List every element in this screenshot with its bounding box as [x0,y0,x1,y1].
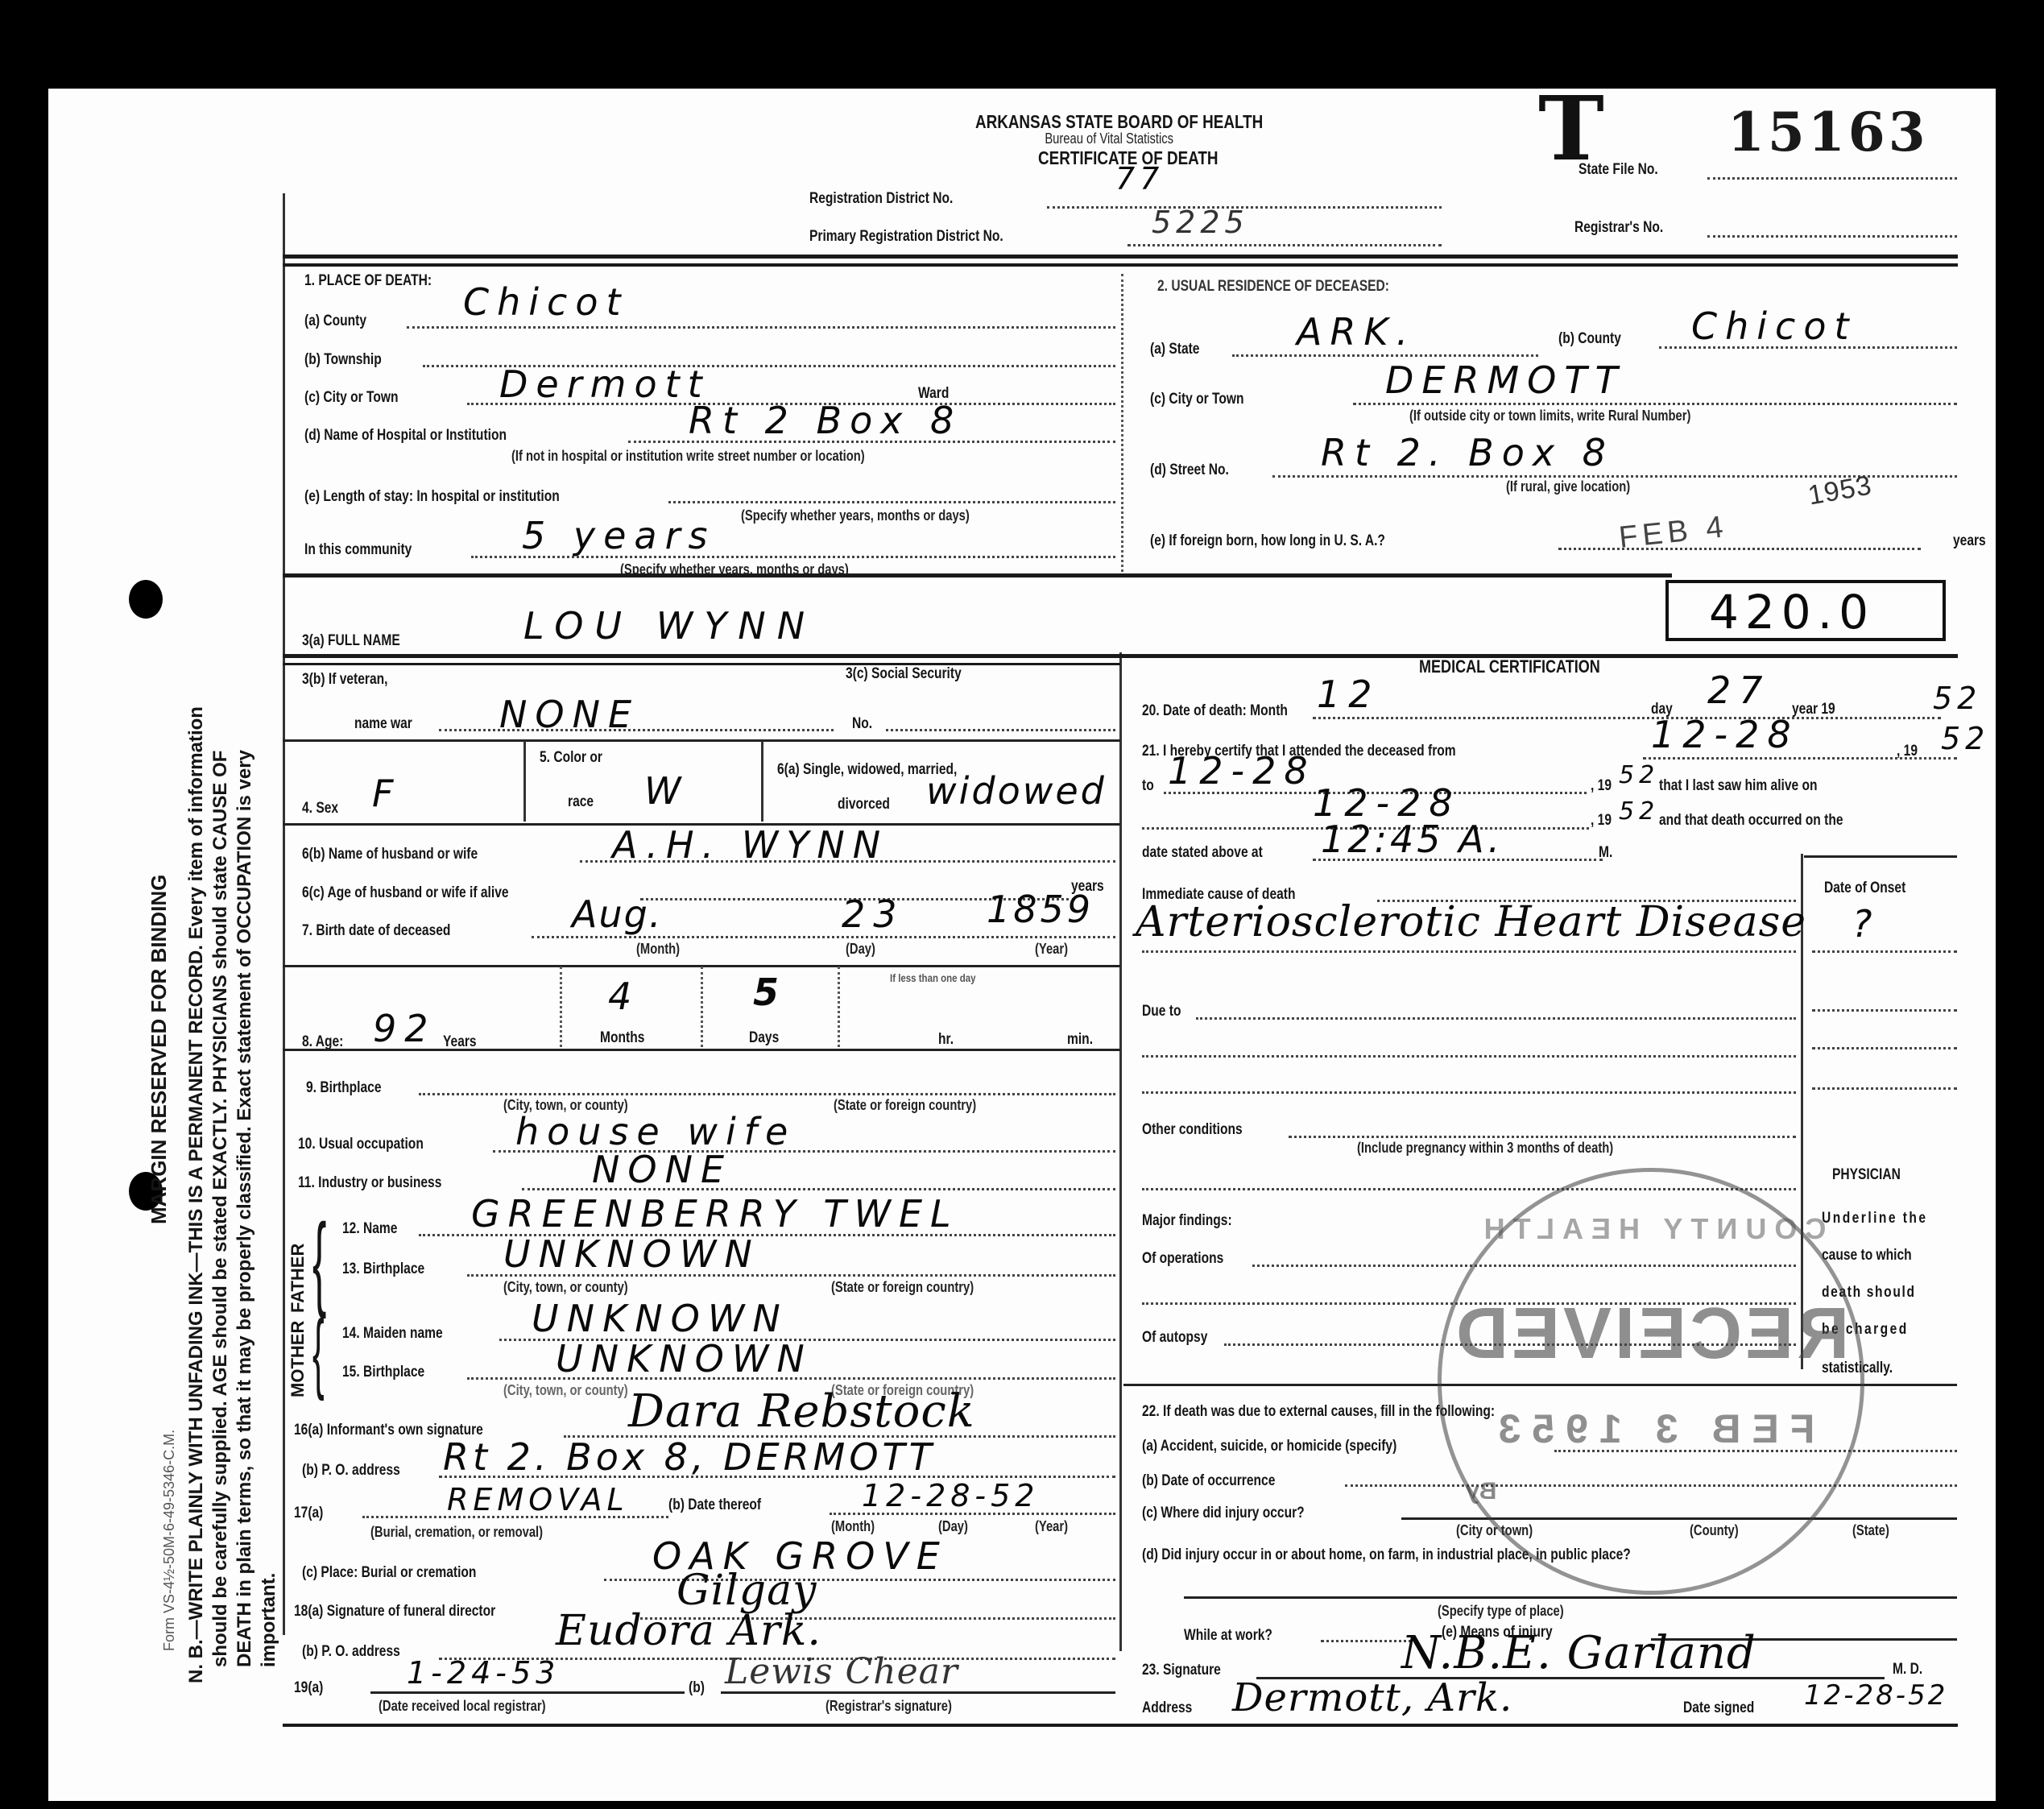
due-to-label: Due to [1142,1003,1181,1020]
due-to-line-3 [1142,1091,1796,1094]
mother-tag: MOTHER [288,1321,308,1397]
father-name-value: GREENBERRY TWEL [471,1192,959,1236]
hr-label: hr. [938,1031,954,1049]
death-occurred-label: and that death occurred on the [1659,812,1843,830]
birth-year-hint: (Year) [1035,941,1068,958]
mother-city-hint: (City, town, or county) [503,1382,628,1399]
war-label: name war [354,715,412,733]
father-name-label: 12. Name [342,1220,397,1238]
certifier-signature: N.B.E. Garland [1401,1627,1756,1679]
death-county-value: Chicot [463,280,629,324]
community-value: 5 years [522,514,715,557]
agency-name: ARKANSAS STATE BOARD OF HEALTH [934,111,1304,133]
cause-code-value: 420.0 [1709,585,1875,640]
registrar-b-label: (b) [689,1679,705,1697]
death-time-line [1313,859,1603,861]
residence-county-line [1659,346,1957,349]
stamp-received: RECEIVED [1442,1293,1860,1376]
margin-form-number: Form VS-4½-50M-6-49-5346-C.M. [161,1430,178,1651]
residence-city-hint: (If outside city or town limits, write R… [1409,408,1690,424]
bottom-rule [283,1724,1958,1727]
disposition-day-hint: (Day) [938,1518,968,1535]
registrar-signature: Lewis Chear [725,1651,958,1692]
attended-to-year-prefix: , 19 [1591,777,1612,795]
operations-label: Of operations [1142,1250,1223,1268]
immediate-cause-value: Arteriosclerotic Heart Disease [1136,898,1806,946]
state-file-label: State File No. [1579,161,1658,179]
other-conditions-hint: (Include pregnancy within 3 months of de… [1357,1140,1613,1157]
less-than-day-note: If less than one day [890,971,976,984]
place-of-death-heading: 1. PLACE OF DEATH: [304,272,432,290]
residence-street-hint: (If rural, give location) [1506,478,1630,495]
director-address-value: Eudora Ark. [556,1607,821,1655]
marital-label-2: divorced [838,796,890,813]
registration-district-value: 77 [1115,161,1164,197]
age-months-value: 4 [608,975,639,1018]
death-township-label: (b) Township [304,351,382,369]
other-conditions-line [1289,1136,1796,1138]
occupation-value: house wife [515,1110,796,1153]
age-days-divider [838,967,840,1047]
spouse-age-label: 6(c) Age of husband or wife if alive [302,884,509,902]
received-stamp: COUNTY HEALTH RECEIVED FEB 3 1953 By [1438,1168,1864,1595]
war-line [439,729,834,731]
mother-birthplace-value: UNKNOWN [556,1337,813,1381]
primary-district-line [1128,244,1442,246]
death-county-line [407,326,1115,329]
disposition-hint: (Burial, cremation, or removal) [370,1524,543,1541]
registrars-no-line [1707,235,1957,238]
certifier-address-value: Dermott, Ark. [1232,1675,1512,1720]
informant-address-label: (b) P. O. address [302,1462,400,1480]
margin-instructions-line3: DEATH in plain terms, so that it may be … [234,750,256,1667]
spouse-label: 6(b) Name of husband or wife [302,846,478,863]
mother-maiden-value: UNKNOWN [532,1297,788,1340]
birth-month-hint: (Month) [636,941,680,958]
death-county-label: (a) County [304,313,366,330]
residence-state-label: (a) State [1150,341,1199,358]
last-seen-year-prefix: , 19 [1591,812,1612,830]
stamp-agency: COUNTY HEALTH [1442,1212,1860,1246]
received-date-value: 1-24-53 [407,1655,560,1691]
birthplace-label: 9. Birthplace [306,1079,382,1097]
race-value: W [644,769,689,813]
mother-birthplace-label: 15. Birthplace [342,1364,424,1381]
foreign-born-label: (e) If foreign born, how long in U. S. A… [1150,532,1385,550]
date-of-onset-value: ? [1852,902,1880,946]
residence-city-label: (c) City or Town [1150,391,1244,408]
age-days-value: 5 [753,971,787,1014]
full-name-label: 3(a) FULL NAME [302,632,400,650]
received-date-hint: (Date received local registrar) [379,1698,546,1715]
age-years-value: 92 [373,1007,437,1050]
residence-city-value: DERMOTT [1385,358,1626,402]
age-months-label: Months [600,1029,644,1047]
stamp-date: FEB 3 1953 [1442,1405,1860,1452]
physician-note-2: cause to which [1822,1247,1912,1265]
onset-line-2 [1812,1009,1957,1012]
attended-from-year: 52 [1941,721,1989,756]
disposition-value: REMOVAL [447,1482,629,1517]
disposition-month-hint: (Month) [831,1518,875,1535]
death-date-label: 20. Date of death: Month [1142,702,1288,720]
physician-heading: PHYSICIAN [1832,1166,1901,1184]
race-label-2: race [568,793,594,811]
while-at-work-label: While at work? [1184,1627,1272,1645]
death-time-label: date stated above at [1142,844,1263,862]
disposition-line [362,1516,668,1518]
margin-instructions-line1: N. B.—WRITE PLAINLY WITH UNFADING INK—TH… [185,706,208,1683]
last-seen-label: that I last saw him alive on [1659,777,1818,795]
community-label: In this community [304,541,412,559]
age-months-divider [701,967,703,1047]
hospital-label: (d) Name of Hospital or Institution [304,427,507,445]
burial-place-label: (c) Place: Burial or cremation [302,1564,476,1582]
father-birthplace-label: 13. Birthplace [342,1261,424,1278]
birth-month-value: Aug. [572,892,662,936]
due-to-line-2 [1142,1055,1796,1058]
birth-date-line [532,936,1115,938]
disposition-date-value: 12-28-52 [862,1478,1039,1513]
residence-county-value: Chicot [1691,304,1857,348]
margin-instructions-line2: should be carefully supplied. AGE should… [209,751,232,1667]
mother-bracket: { [312,1301,325,1403]
mother-birthplace-line [467,1377,1115,1380]
stamp-by: By [1466,1478,1496,1505]
father-birthplace-value: UNKNOWN [503,1232,760,1276]
medical-certification-heading: MEDICAL CERTIFICATION [1419,656,1600,677]
header-double-rule [283,255,1958,259]
attended-to-value: 12-28 [1168,749,1316,793]
registrar-signature-line [721,1691,1115,1694]
section-rule-upper [283,573,1672,577]
birthplace-line [419,1093,1115,1095]
race-marital-divider [761,741,763,822]
registration-district-label: Registration District No. [809,190,953,208]
registrars-no-label: Registrar's No. [1574,219,1663,237]
funeral-director-label: 18(a) Signature of funeral director [294,1603,495,1621]
onset-line-1 [1812,950,1957,953]
disposition-year-hint: (Year) [1035,1518,1068,1535]
foreign-born-suffix: years [1953,532,1986,550]
length-of-stay-line [668,501,1115,503]
death-time-suffix: M. [1599,844,1612,862]
birth-year-value: 1859 [987,888,1094,931]
column-divider-lower [1119,652,1122,1651]
spouse-line [580,860,1115,863]
received-number: 19(a) [294,1679,323,1697]
margin-binding-note: MARGIN RESERVED FOR BINDING [147,875,172,1224]
form-left-border [283,193,285,1635]
header-double-rule-2 [283,263,1958,267]
veteran-rule [283,739,1120,742]
informant-address-value: Rt 2. Box 8, DERMOTT [443,1435,936,1479]
hospital-hint: (If not in hospital or institution write… [511,448,865,465]
certifier-signature-label: 23. Signature [1142,1662,1221,1679]
disposition-date-label: (b) Date thereof [668,1496,761,1514]
name-rule [283,654,1958,658]
marital-value: widowed [926,769,1107,813]
father-tag: FATHER [288,1244,308,1313]
death-year-value: 52 [1933,681,1981,716]
father-city-hint: (City, town, or county) [503,1279,628,1296]
industry-label: 11. Industry or business [298,1174,441,1192]
veteran-label: 3(b) If veteran, [302,671,387,689]
death-day-value: 27 [1707,669,1771,712]
social-security-label: 3(c) Social Security [846,665,962,683]
other-conditions-label: Other conditions [1142,1121,1243,1139]
death-city-value: Dermott [499,362,710,406]
full-name-value: LOU WYNN [523,604,816,648]
community-line [471,556,1115,558]
date-signed-value: 12-28-52 [1804,1679,1947,1712]
age-rule [283,1049,1120,1051]
major-findings-label: Major findings: [1142,1212,1232,1230]
external-a-label: (a) Accident, suicide, or homicide (spec… [1142,1438,1396,1455]
external-d-line [1184,1596,1957,1599]
autopsy-label: Of autopsy [1142,1329,1207,1347]
min-label: min. [1067,1031,1093,1049]
date-signed-label: Date signed [1683,1699,1754,1717]
external-c-label: (c) Where did injury occur? [1142,1505,1305,1522]
death-city-label: (c) City or Town [304,389,399,407]
residence-state-line [1232,354,1538,357]
certifier-md-suffix: M. D. [1893,1661,1922,1679]
received-date-line [370,1691,685,1694]
ss-no-line [886,729,1115,731]
state-file-line [1707,177,1957,180]
attended-from-line [1643,757,1957,760]
usual-residence-heading: 2. USUAL RESIDENCE OF DECEASED: [1157,278,1389,296]
sex-race-divider [523,741,526,822]
onset-line-4 [1812,1087,1957,1090]
birth-day-value: 23 [842,892,905,936]
bureau-name: Bureau of Vital Statistics [970,130,1248,147]
residence-state-value: ARK. [1297,310,1416,354]
residence-street-label: (d) Street No. [1150,462,1229,479]
name-rule-2 [283,663,1120,665]
length-of-stay-label: (e) Length of stay: In hospital or insti… [304,488,560,506]
cause-code-box: 420.0 [1665,580,1946,641]
hospital-value: Rt 2 Box 8 [689,399,962,442]
age-days-label: Days [749,1029,779,1047]
informant-signature: Dara Rebstock [628,1385,975,1438]
hospital-line [628,441,1115,443]
death-month-value: 12 [1317,673,1380,716]
age-years-divider [560,967,562,1047]
external-b-label: (b) Date of occurrence [1142,1472,1275,1490]
length-of-stay-hint: (Specify whether years, months or days) [741,507,970,524]
birthplace-state-hint: (State or foreign country) [834,1097,976,1114]
race-label-1: 5. Color or [540,749,602,767]
external-state-hint: (State) [1852,1522,1889,1539]
due-to-line-1 [1196,1017,1796,1020]
margin-instructions-line4: important. [258,1573,280,1667]
punch-hole-top [129,580,163,619]
state-file-number: 15163 [1727,101,1929,164]
ss-no-label: No. [852,715,872,733]
disposition-date-line [830,1513,1115,1515]
certifier-address-label: Address [1142,1699,1192,1717]
onset-line-3 [1812,1047,1957,1049]
industry-line [522,1188,1115,1190]
foreign-born-line [1558,548,1921,550]
birth-date-label: 7. Birth date of deceased [302,922,450,940]
director-address-label: (b) P. O. address [302,1643,400,1661]
occupation-label: 10. Usual occupation [298,1136,424,1153]
primary-district-label: Primary Registration District No. [809,228,1003,246]
sex-label: 4. Sex [302,800,338,818]
last-seen-year: 52 [1619,797,1659,826]
immediate-cause-line-2 [1142,950,1796,953]
column-divider-upper [1121,274,1123,572]
residence-city-line [1353,403,1957,405]
date-of-onset-label: Date of Onset [1824,880,1905,897]
death-date-line [1313,717,1941,719]
attended-to-year: 52 [1619,761,1659,789]
external-place-hint: (Specify type of place) [1438,1603,1564,1620]
sex-value: F [372,772,401,815]
primary-district-value: 5225 [1152,205,1249,240]
disposition-number: 17(a) [294,1505,323,1522]
attended-from-value: 12-28 [1651,713,1799,756]
father-state-hint: (State or foreign country) [831,1279,974,1296]
birth-day-hint: (Day) [846,941,875,958]
occupation-line [493,1150,1115,1153]
registrar-signature-hint: (Registrar's signature) [825,1698,952,1715]
death-time-value: 12:45 A. [1321,818,1503,861]
mother-maiden-label: 14. Maiden name [342,1325,443,1343]
onset-top-rule [1804,855,1957,858]
industry-value: NONE [592,1148,732,1191]
father-birthplace-line [467,1274,1115,1277]
attended-to-label: to [1142,777,1154,795]
residence-street-value: Rt 2. Box 8 [1321,431,1614,474]
residence-county-label: (b) County [1558,330,1621,348]
